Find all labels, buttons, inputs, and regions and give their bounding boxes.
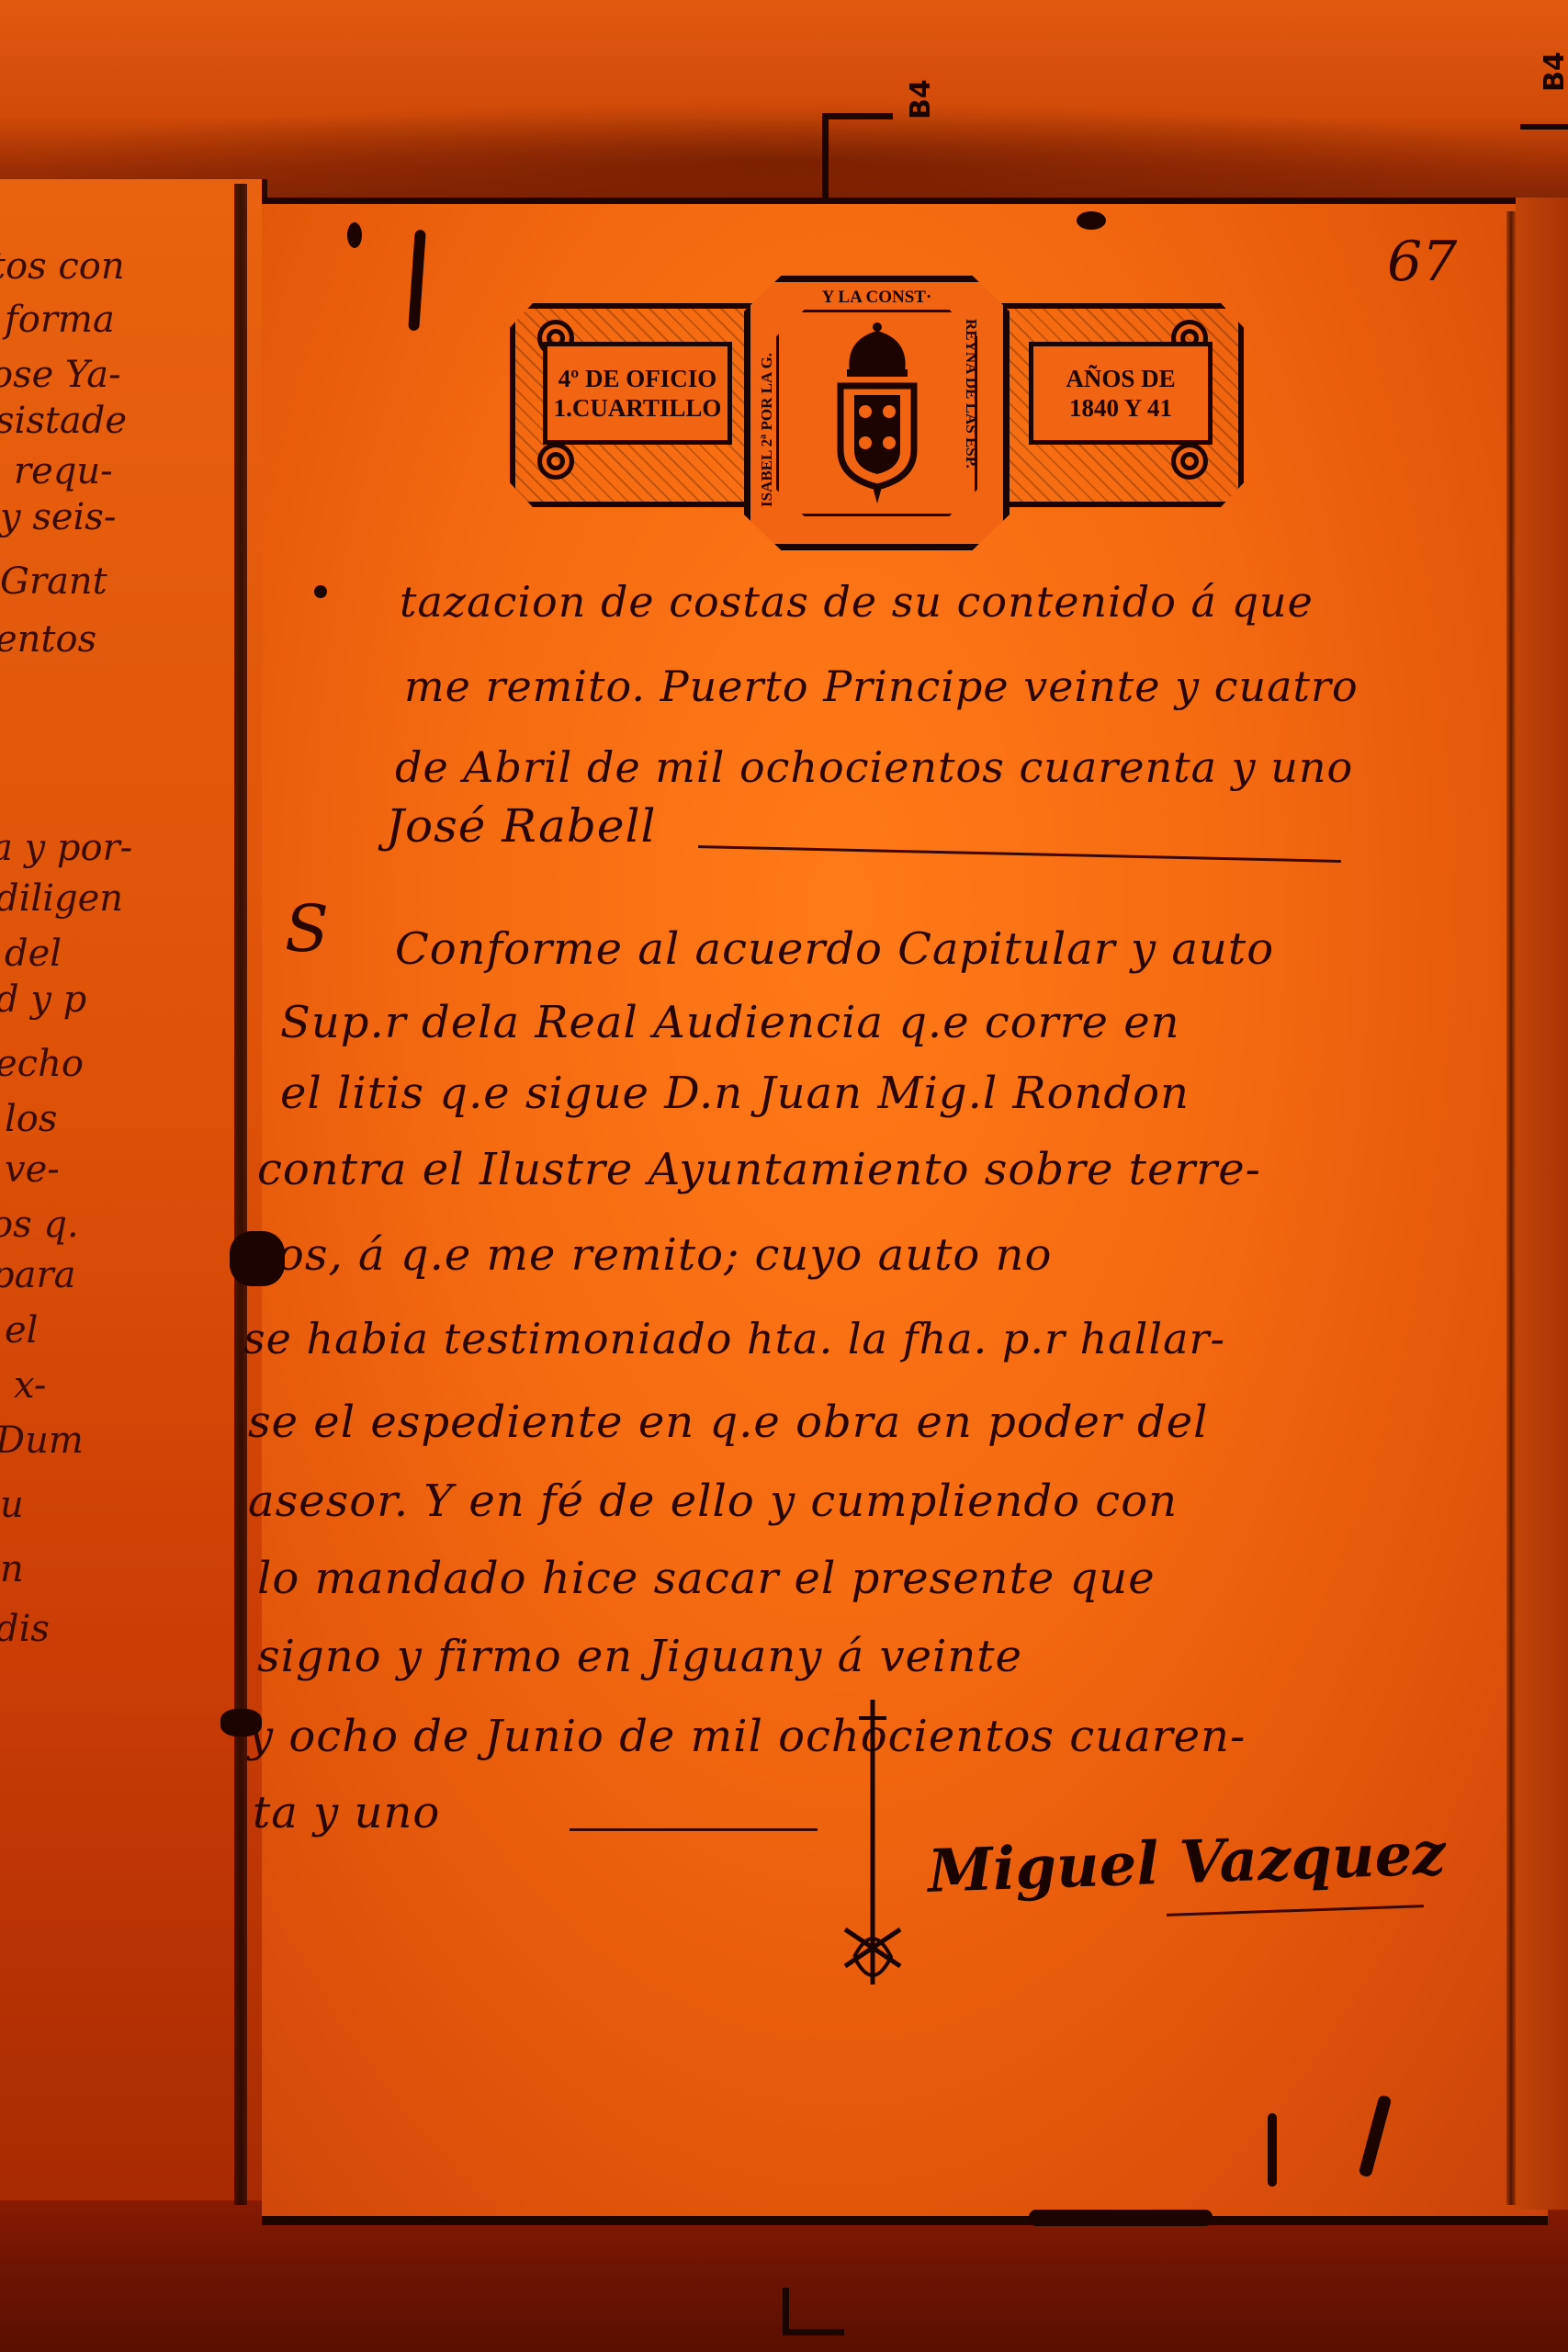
left-fragment: del [5,933,62,975]
text-line: me remito. Puerto Principe veinte y cuat… [404,661,1359,711]
left-fragment: echo [0,1043,84,1085]
closing-line [570,1828,818,1831]
stamp-years: AÑOS DE 1840 Y 41 [1029,342,1213,445]
text-line: se el espediente en q.e obra en poder de… [248,1396,1209,1448]
ink-stain [1029,2210,1213,2226]
text-line: ta y uno [253,1787,440,1838]
text-line: de Abril de mil ochocientos cuarenta y u… [395,742,1353,792]
stamp-denomination: 4º DE OFICIO 1.CUARTILLO [543,342,732,445]
binding-gutter [234,184,247,2205]
text-line: nos, á q.e me remito; cuyo auto no [248,1229,1052,1281]
left-fragment: requ- [14,450,113,492]
signature-jose-rabell: José Rabell [386,799,656,853]
left-fragment: a y por- [0,827,132,869]
left-fragment: u [0,1484,24,1526]
folio-number: 67 [1387,230,1457,294]
left-page: tos con forma ose Ya- sistade requ- y se… [0,179,267,2200]
left-fragment: Grant [0,560,107,603]
archive-label-top-right: B4 [1539,51,1568,92]
stamp-years-line2: 1840 Y 41 [1069,393,1172,423]
text-line: contra el Ilustre Ayuntamiento sobre ter… [257,1144,1261,1195]
ink-stain [220,1709,262,1736]
left-fragment: ose Ya- [0,354,121,396]
text-line: Sup.r dela Real Audiencia q.e corre en [280,997,1180,1048]
stamp-legend-right: REYNA DE LAS ESP. [962,319,980,469]
left-fragment: forma [5,299,115,341]
left-fragment: el [5,1309,38,1351]
text-line: el litis q.e sigue D.n Juan Mig.l Rondon [280,1068,1190,1119]
left-fragment: entos [0,618,96,661]
left-fragment: dis [0,1608,50,1650]
left-fragment: para [0,1254,75,1296]
left-fragment: x- [14,1364,46,1407]
coat-of-arms-icon [827,322,928,505]
stamp-years-line1: AÑOS DE [1066,364,1175,393]
ink-stain [1268,2113,1277,2187]
left-fragment: os q. [0,1204,79,1246]
stamp-denomination-line2: 1.CUARTILLO [554,393,722,423]
left-fragment: sistade [0,400,127,442]
rosette-icon [537,443,574,480]
left-fragment: los [5,1098,57,1140]
archive-bracket-top [822,113,893,207]
rosette-icon [1171,443,1208,480]
stamp-legend-left: ISABEL 2ª POR LA G. [758,353,776,507]
stamp-center-octagon: Y LA CONST· REYNA DE LAS ESP. ISABEL 2ª … [744,276,1010,550]
left-fragment: Dum [0,1419,84,1462]
stamp-denomination-line1: 4º DE OFICIO [558,364,716,393]
margin-mark: S [285,891,330,967]
page-edge [1506,211,1516,2205]
archive-label-top-center: B4 [905,79,937,119]
text-line: y ocho de Junio de mil ochocientos cuare… [248,1711,1246,1762]
text-line: lo mandado hice sacar el presente que [257,1553,1156,1604]
left-fragment: n [0,1548,24,1590]
archive-tick-top-right [1520,124,1568,130]
ink-stain [230,1231,285,1286]
left-fragment: tos con [0,245,125,288]
next-page-edge [1516,198,1568,2210]
text-line: signo y firmo en Jiguany á veinte [257,1631,1022,1682]
notarial-sign-icon [818,1690,928,2003]
left-fragment: d y p [0,978,86,1021]
text-line: asesor. Y en fé de ello y cumpliendo con [248,1476,1178,1527]
tax-stamp: 4º DE OFICIO 1.CUARTILLO AÑOS DE 1840 Y … [510,276,1235,542]
text-line: tazacion de costas de su contenido á que [400,577,1314,627]
stamp-legend-top: Y LA CONST· [750,288,1003,308]
left-fragment: ve- [5,1148,60,1191]
left-fragment: y seis- [0,496,116,538]
ink-blot [347,222,362,248]
left-fragment: diligen [0,877,123,920]
archive-bracket-bottom [783,2288,844,2335]
ink-blot [1077,211,1106,230]
text-line: se habia testimoniado hta. la fha. p.r h… [243,1314,1225,1363]
text-line: Conforme al acuerdo Capitular y auto [395,923,1274,975]
ink-blot [314,585,327,598]
